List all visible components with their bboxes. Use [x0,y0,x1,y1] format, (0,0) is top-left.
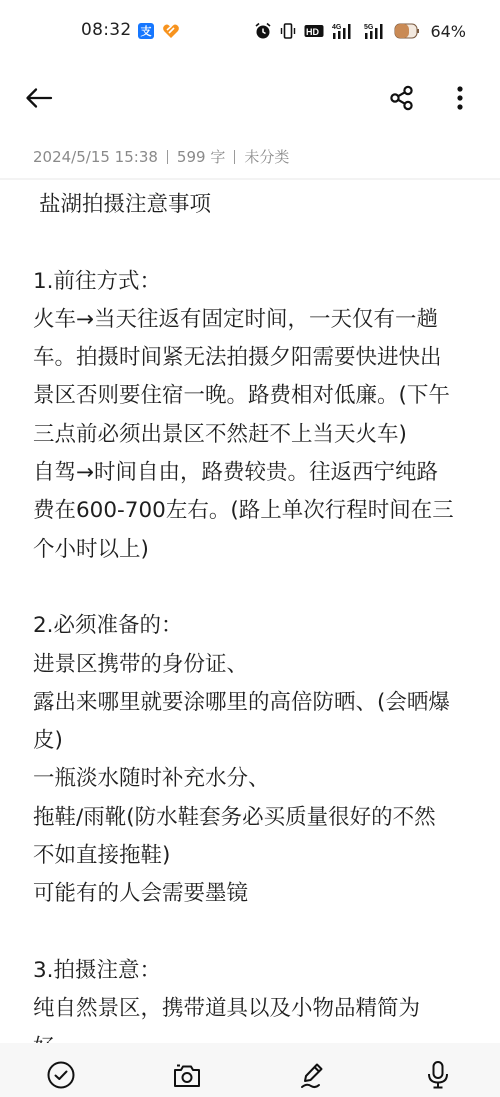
note-line[interactable]: 景区否则要住宿一晚。路费相对低廉。(下午 [33,377,473,415]
note-line[interactable]: 拖鞋/雨靴(防水鞋套务必买质量很好的不然 [33,799,473,837]
svg-text:HD: HD [306,27,319,37]
note-line[interactable]: 车。拍摄时间紧无法拍摄夕阳需要快进快出 [33,339,473,377]
note-line[interactable]: 3.拍摄注意： [33,952,473,990]
battery-percent: 64% [430,22,466,41]
more-options-button[interactable] [446,82,474,114]
note-word-count: 599 字 [177,146,225,167]
camera-button[interactable] [171,1059,203,1091]
pen-icon [298,1060,328,1090]
note-title[interactable]: 盐湖拍摄注意事项 [33,186,473,224]
microphone-icon [425,1060,451,1090]
note-line[interactable]: 2.必须准备的： [33,607,473,645]
voice-button[interactable] [422,1059,454,1091]
status-indicators: HD 4G 5G 64% [254,18,466,44]
back-button[interactable] [22,82,56,114]
share-button[interactable] [386,82,418,114]
note-line[interactable] [33,224,473,262]
status-bar: 08:32 支 HD 4G 5G 64% [0,0,500,64]
svg-text:4G: 4G [332,24,342,31]
note-line[interactable]: 自驾→时间自由，路费较贵。往返西宁纯路 [33,454,473,492]
note-line[interactable]: 个小时以上) [33,531,473,569]
note-line[interactable]: 一瓶淡水随时补充水分、 [33,760,473,798]
note-line[interactable]: 纯自然景区，携带道具以及小物品精简为 [33,990,473,1028]
heart-app-icon [162,22,180,40]
meta-separator [167,150,168,164]
note-line[interactable]: 皮) [33,722,473,760]
note-datetime: 2024/5/15 15:38 [33,148,158,166]
status-time: 08:32 [81,20,132,40]
5g-signal-icon: 5G [362,22,386,40]
camera-icon [172,1061,202,1089]
battery-icon [394,21,420,41]
alipay-icon: 支 [138,23,154,39]
note-line[interactable]: 可能有的人会需要墨镜 [33,875,473,913]
note-editor[interactable]: 盐湖拍摄注意事项 1.前往方式： 火车→当天往返有固定时间，一天仅有一趟 车。拍… [33,186,473,1067]
bottom-toolbar [0,1043,500,1097]
hd-voice-icon: HD [304,23,324,39]
vibrate-icon [280,22,296,40]
note-line[interactable]: 三点前必须出景区不然赶不上当天火车) [33,416,473,454]
svg-text:5G: 5G [364,24,374,31]
handwriting-button[interactable] [297,1059,329,1091]
note-line[interactable] [33,914,473,952]
checklist-button[interactable] [45,1059,77,1091]
app-bar [0,72,500,124]
more-vertical-icon [456,85,464,111]
header-divider [0,178,500,180]
note-line[interactable]: 露出来哪里就要涂哪里的高倍防晒、(会晒爆 [33,684,473,722]
note-category[interactable]: 未分类 [244,146,289,167]
4g-signal-icon: 4G [332,22,354,40]
check-circle-icon [46,1060,76,1090]
back-arrow-icon [25,87,53,109]
meta-separator [234,150,235,164]
note-line[interactable]: 费在600-700左右。(路上单次行程时间在三 [33,492,473,530]
note-line[interactable]: 1.前往方式： [33,263,473,301]
note-line[interactable]: 火车→当天往返有固定时间，一天仅有一趟 [33,301,473,339]
note-meta: 2024/5/15 15:38 599 字 未分类 [33,146,289,167]
share-icon [389,85,415,111]
note-line[interactable]: 进景区携带的身份证、 [33,646,473,684]
note-line[interactable]: 不如直接拖鞋) [33,837,473,875]
note-line[interactable] [33,569,473,607]
alarm-icon [254,22,272,40]
